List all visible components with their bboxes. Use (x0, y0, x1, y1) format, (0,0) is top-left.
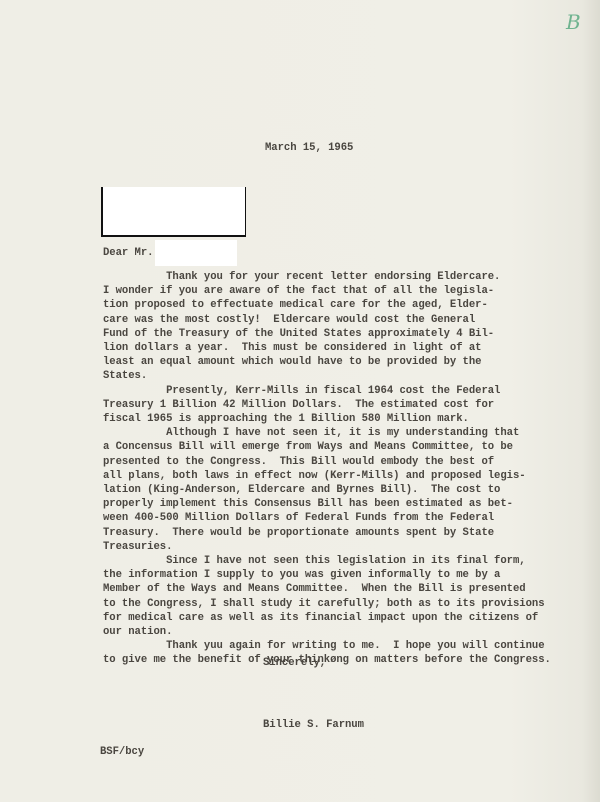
signature-name: Billie S. Farnum (263, 718, 364, 732)
body-line: to the Congress, I shall study it carefu… (103, 597, 551, 611)
handwritten-annotation: B (566, 10, 581, 34)
body-line: our nation. (103, 625, 551, 639)
salutation: Dear Mr. (103, 246, 153, 260)
body-line: care was the most costly! Eldercare woul… (103, 313, 551, 327)
body-line: a Concensus Bill will emerge from Ways a… (103, 440, 551, 454)
letter-body: Thank you for your recent letter endorsi… (103, 270, 551, 668)
redacted-recipient-name (155, 240, 237, 266)
body-line: presented to the Congress. This Bill wou… (103, 455, 551, 469)
body-line: all plans, both laws in effect now (Kerr… (103, 469, 551, 483)
body-line: least an equal amount which would have t… (103, 355, 551, 369)
body-line: fiscal 1965 is approaching the 1 Billion… (103, 412, 551, 426)
body-line: properly implement this Consensus Bill h… (103, 497, 551, 511)
body-line: I wonder if you are aware of the fact th… (103, 284, 551, 298)
letter-page: B March 15, 1965 Dear Mr. Thank you for … (0, 0, 600, 802)
body-line: Fund of the Treasury of the United State… (103, 327, 551, 341)
body-line: to give me the benefit of your thinkøng … (103, 653, 551, 667)
body-line: Treasuries. (103, 540, 551, 554)
body-line: Treasury. There would be proportionate a… (103, 526, 551, 540)
body-line: Member of the Ways and Means Committee. … (103, 582, 551, 596)
body-line: lion dollars a year. This must be consid… (103, 341, 551, 355)
letter-date: March 15, 1965 (265, 141, 353, 155)
body-line: Thank you for your recent letter endorsi… (103, 270, 551, 284)
body-line: Although I have not seen it, it is my un… (103, 426, 551, 440)
body-line: Since I have not seen this legislation i… (103, 554, 551, 568)
body-line: lation (King-Anderson, Eldercare and Byr… (103, 483, 551, 497)
body-line: Thank yuu again for writing to me. I hop… (103, 639, 551, 653)
redacted-address-block (101, 187, 246, 237)
body-line: the information I supply to you was give… (103, 568, 551, 582)
reference-initials: BSF/bcy (100, 745, 144, 759)
body-line: for medical care as well as its financia… (103, 611, 551, 625)
body-line: ween 400-500 Million Dollars of Federal … (103, 511, 551, 525)
body-line: States. (103, 369, 551, 383)
body-line: tion proposed to effectuate medical care… (103, 298, 551, 312)
body-line: Presently, Kerr-Mills in fiscal 1964 cos… (103, 384, 551, 398)
body-line: Treasury 1 Billion 42 Million Dollars. T… (103, 398, 551, 412)
closing: Sincerely, (263, 656, 326, 670)
